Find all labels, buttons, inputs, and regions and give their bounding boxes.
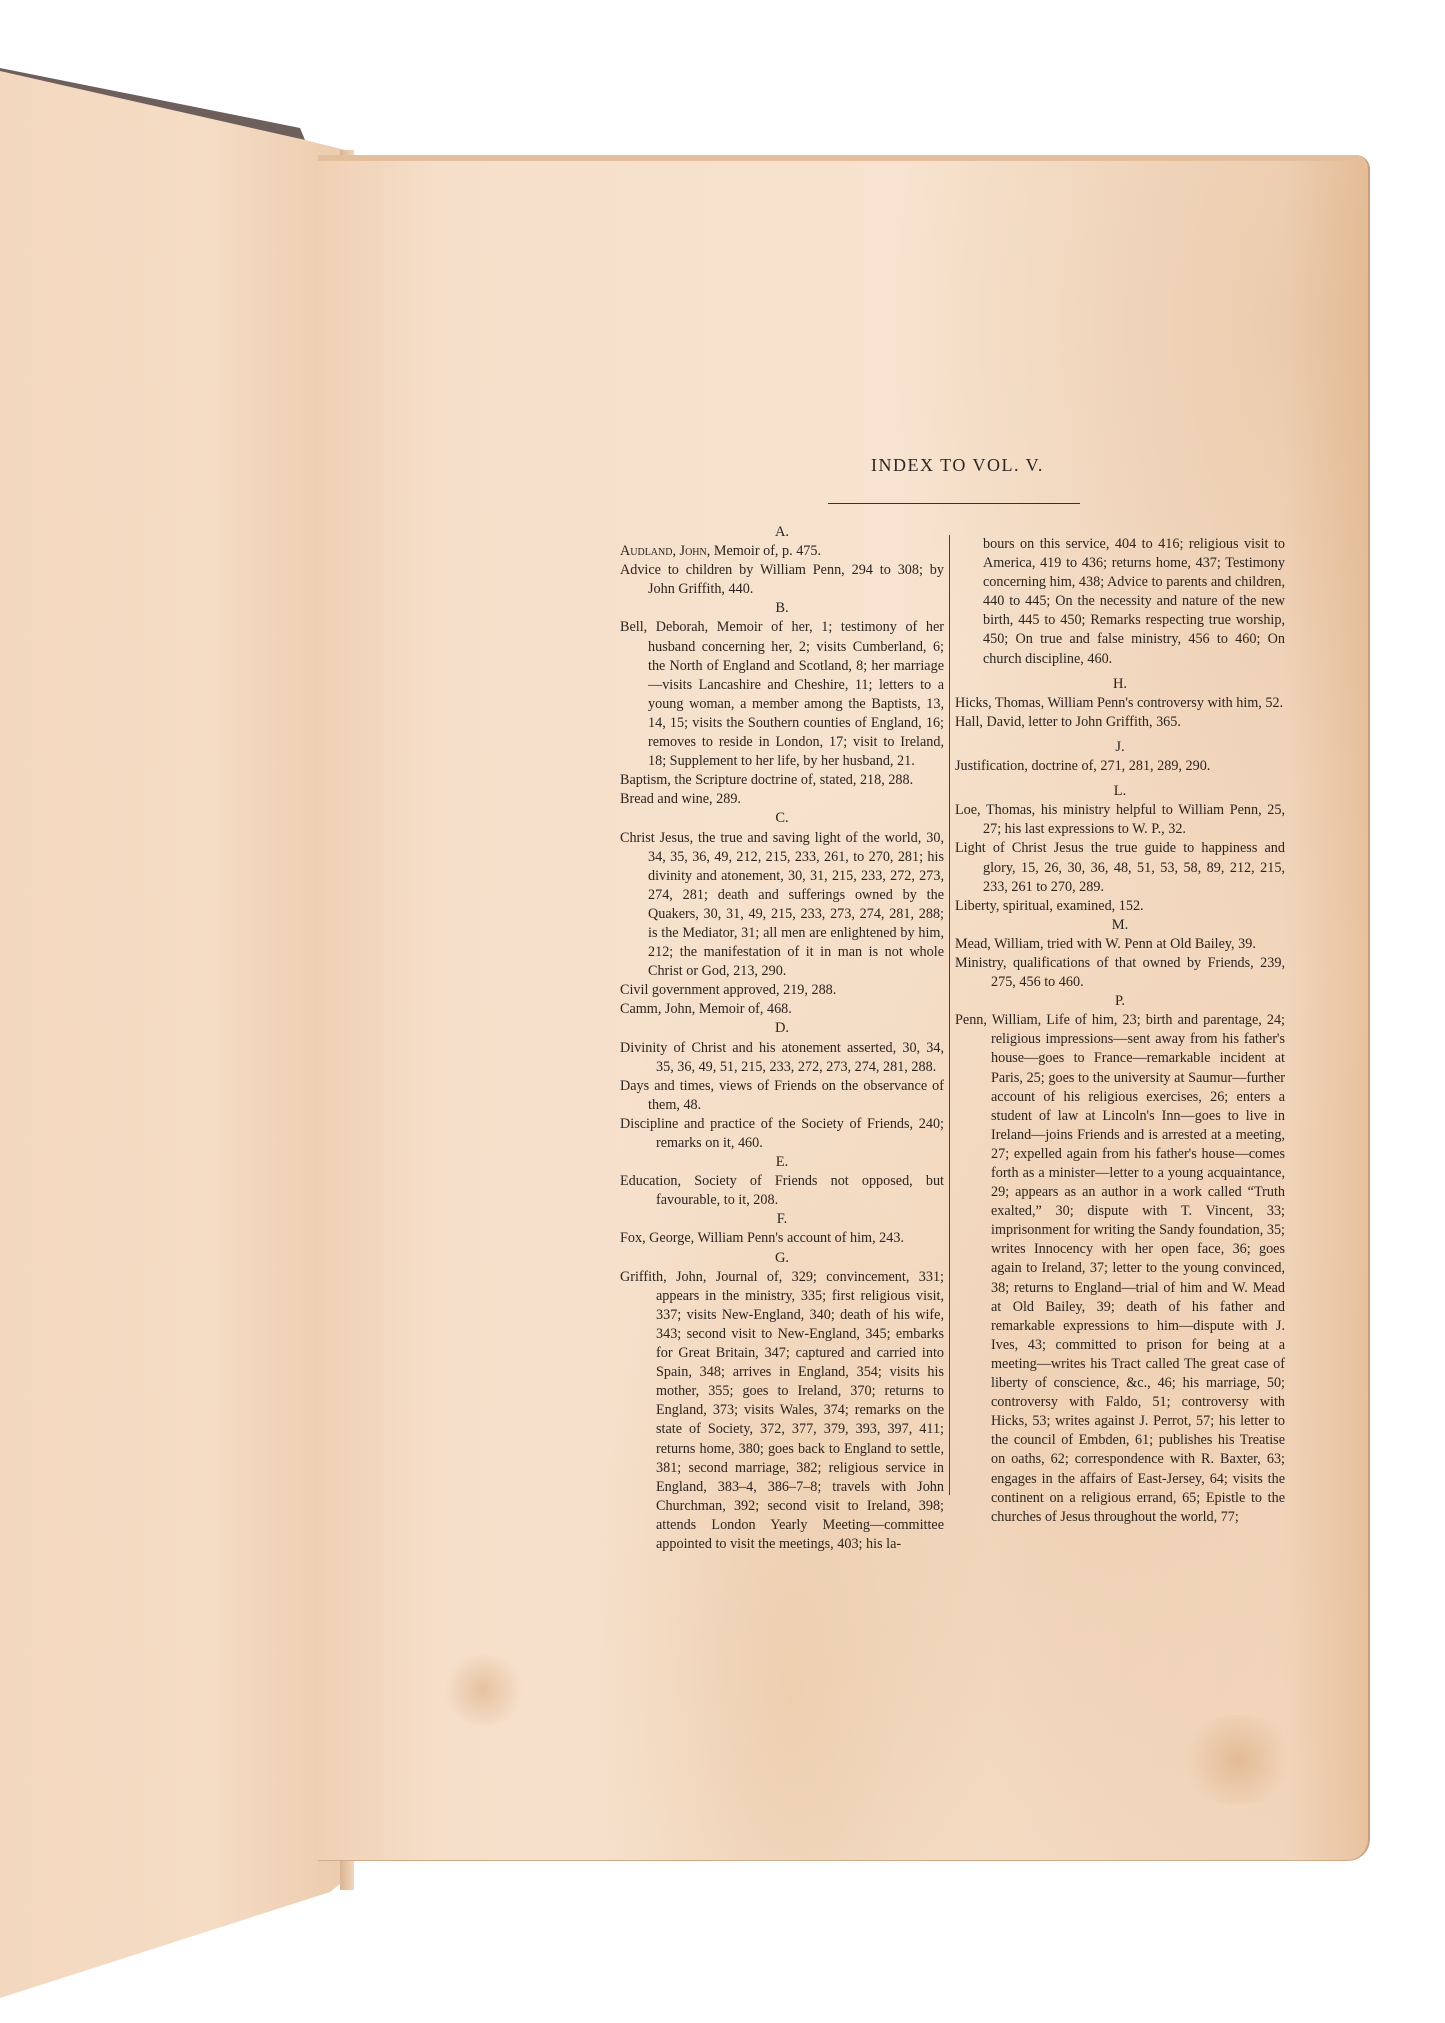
title-rule xyxy=(828,503,1080,504)
page-title: INDEX TO VOL. V. xyxy=(871,455,1061,476)
section-letter-b: B. xyxy=(620,599,944,618)
index-column-left: A. Audland, John, Memoir of, p. 475. Adv… xyxy=(620,523,944,1554)
foxing-stain xyxy=(1178,1715,1298,1805)
entry-text: Memoir of, p. 475. xyxy=(710,543,821,559)
section-letter-d: D. xyxy=(620,1019,944,1038)
index-entry: Bread and wine, 289. xyxy=(620,790,944,809)
entry-head: Audland, John, xyxy=(620,543,710,559)
section-letter-f: F. xyxy=(620,1210,944,1229)
index-entry-continuation: bours on this service, 404 to 416; relig… xyxy=(955,535,1285,669)
index-entry: Ministry, qualifications of that owned b… xyxy=(955,954,1285,992)
index-entry: Audland, John, Memoir of, p. 475. xyxy=(620,542,944,561)
section-letter-l: L. xyxy=(955,782,1285,801)
index-entry: Penn, William, Life of him, 23; birth an… xyxy=(955,1011,1285,1527)
index-entry: Education, Society of Friends not oppose… xyxy=(620,1172,944,1210)
index-entry: Civil government approved, 219, 288. xyxy=(620,981,944,1000)
index-entry: Days and times, views of Friends on the … xyxy=(620,1077,944,1115)
section-letter-p: P. xyxy=(955,992,1285,1011)
foxing-stain xyxy=(438,1655,528,1725)
index-entry: Christ Jesus, the true and saving light … xyxy=(620,829,944,982)
section-letter-m: M. xyxy=(955,916,1285,935)
index-entry: Fox, George, William Penn's account of h… xyxy=(620,1229,944,1248)
index-page: INDEX TO VOL. V. A. Audland, John, Memoi… xyxy=(318,155,1370,1861)
section-letter-j: J. xyxy=(955,738,1285,757)
index-entry: Baptism, the Scripture doctrine of, stat… xyxy=(620,771,944,790)
index-entry: Bell, Deborah, Memoir of her, 1; testimo… xyxy=(620,618,944,771)
index-entry: Loe, Thomas, his ministry helpful to Wil… xyxy=(955,801,1285,839)
section-letter-h: H. xyxy=(955,675,1285,694)
index-entry: Discipline and practice of the Society o… xyxy=(620,1115,944,1153)
index-entry: Divinity of Christ and his atonement ass… xyxy=(620,1039,944,1077)
index-entry: Camm, John, Memoir of, 468. xyxy=(620,1000,944,1019)
index-entry: Mead, William, tried with W. Penn at Old… xyxy=(955,935,1285,954)
section-letter-c: C. xyxy=(620,809,944,828)
index-entry: Light of Christ Jesus the true guide to … xyxy=(955,839,1285,896)
index-column-right: bours on this service, 404 to 416; relig… xyxy=(955,535,1285,1527)
index-entry: Advice to children by William Penn, 294 … xyxy=(620,561,944,599)
index-entry: Hicks, Thomas, William Penn's controvers… xyxy=(955,694,1285,713)
index-entry: Justification, doctrine of, 271, 281, 28… xyxy=(955,757,1285,776)
index-entry: Liberty, spiritual, examined, 152. xyxy=(955,897,1285,916)
section-letter-a: A. xyxy=(620,523,944,542)
column-divider xyxy=(949,535,950,1495)
left-blank-page xyxy=(0,0,350,2023)
index-entry: Hall, David, letter to John Griffith, 36… xyxy=(955,713,1285,732)
section-letter-e: E. xyxy=(620,1153,944,1172)
section-letter-g: G. xyxy=(620,1249,944,1268)
index-entry: Griffith, John, Journal of, 329; convinc… xyxy=(620,1268,944,1554)
